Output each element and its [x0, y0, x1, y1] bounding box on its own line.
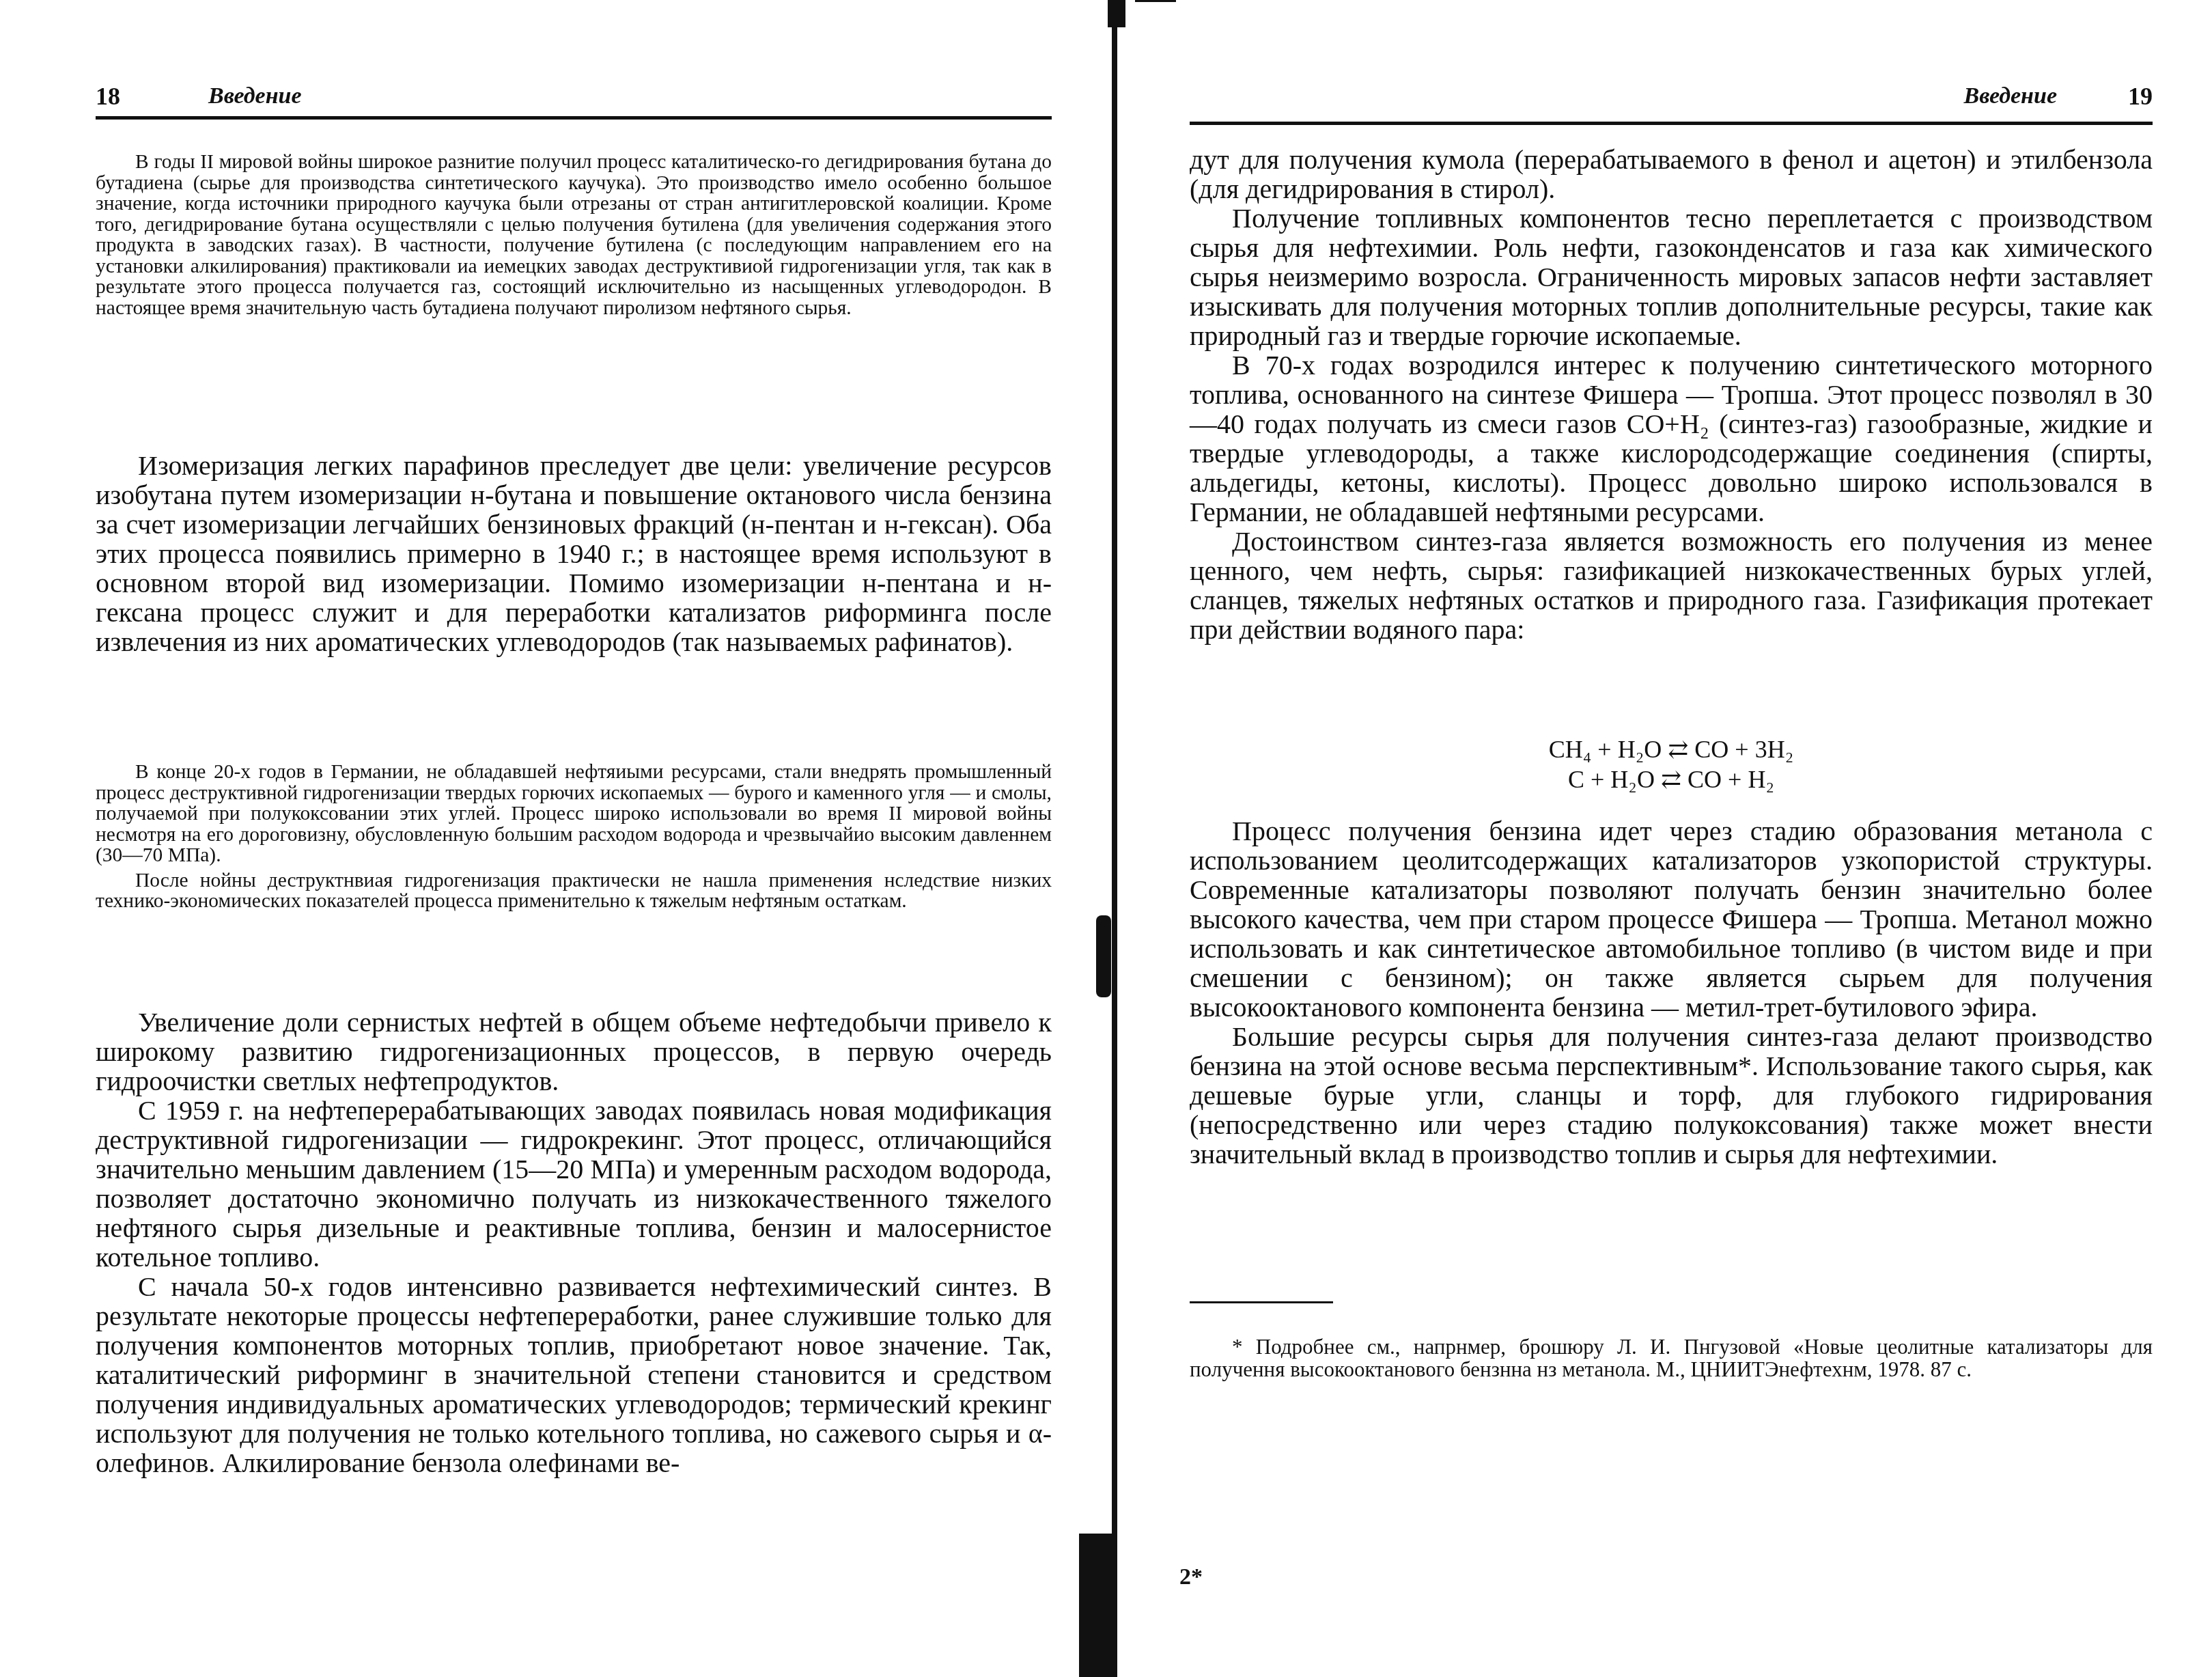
- small-print-block: В конце 20-х годов в Германии, не облада…: [96, 762, 1052, 912]
- right-page: Введение 19 дут для получения кумола (пе…: [1190, 0, 2153, 1677]
- footnote: * Подробнее см., напрнмер, брошюру Л. И.…: [1190, 1335, 2153, 1381]
- paragraph: Получение топливных компонентов тесно пе…: [1190, 204, 2153, 350]
- small-print-block: В годы II мировой войны широкое разнитие…: [96, 152, 1052, 318]
- paragraph: дут для получения кумола (перерабатываем…: [1190, 145, 2153, 204]
- chemical-equations: CH₄ + H₂O ⇄ CO + 3H₂ C + H₂O ⇄ CO + H₂: [1190, 734, 2153, 794]
- body-text-block: Увеличение доли сернистых нефтей в общем…: [96, 1008, 1052, 1478]
- running-head: 18 Введение: [96, 82, 1052, 117]
- header-rule: [1190, 122, 2153, 125]
- paragraph: Процесс получения бензина идет через ста…: [1190, 816, 2153, 1022]
- paragraph: Изомеризация легких парафинов преследует…: [96, 451, 1052, 656]
- paragraph: В конце 20-х годов в Германии, не облада…: [96, 762, 1052, 866]
- paragraph: С начала 50-х годов интенсивно развивает…: [96, 1272, 1052, 1478]
- book-gutter: [1112, 0, 1117, 1677]
- body-text-block: дут для получения кумола (перерабатываем…: [1190, 145, 2153, 644]
- left-page: 18 Введение В годы II мировой войны широ…: [96, 0, 1052, 1677]
- paragraph: В годы II мировой войны широкое разнитие…: [96, 152, 1052, 318]
- paragraph: В 70-х годах возродился интерес к получе…: [1190, 350, 2153, 527]
- paragraph: Увеличение доли сернистых нефтей в общем…: [96, 1008, 1052, 1096]
- paragraph: После нойны деструктнвиая гидрогенизация…: [96, 870, 1052, 912]
- body-text-block: Процесс получения бензина идет через ста…: [1190, 816, 2153, 1169]
- paragraph: С 1959 г. на нефтеперерабатывающих завод…: [96, 1096, 1052, 1272]
- gutter-shadow-mid: [1096, 915, 1111, 997]
- running-title: Введение: [208, 83, 302, 109]
- page-number: 19: [2128, 82, 2153, 111]
- header-rule: [96, 116, 1052, 120]
- scan-mark: [1135, 0, 1176, 2]
- footnote-rule: [1190, 1301, 1333, 1303]
- page-number: 18: [96, 82, 120, 111]
- running-title: Введение: [1963, 83, 2057, 109]
- footnote-text: * Подробнее см., напрнмер, брошюру Л. И.…: [1190, 1335, 2153, 1381]
- body-text-block: Изомеризация легких парафинов преследует…: [96, 451, 1052, 656]
- equation: C + H₂O ⇄ CO + H₂: [1190, 764, 2153, 794]
- signature-mark: 2*: [1179, 1564, 1203, 1590]
- paragraph: Достоинством синтез-газа является возмож…: [1190, 527, 2153, 644]
- gutter-shadow-top: [1108, 0, 1125, 27]
- equation: CH₄ + H₂O ⇄ CO + 3H₂: [1190, 734, 2153, 764]
- paragraph: Большие ресурсы сырья для получения синт…: [1190, 1022, 2153, 1169]
- running-head: Введение 19: [1190, 82, 2153, 117]
- gutter-shadow-bottom: [1079, 1534, 1113, 1677]
